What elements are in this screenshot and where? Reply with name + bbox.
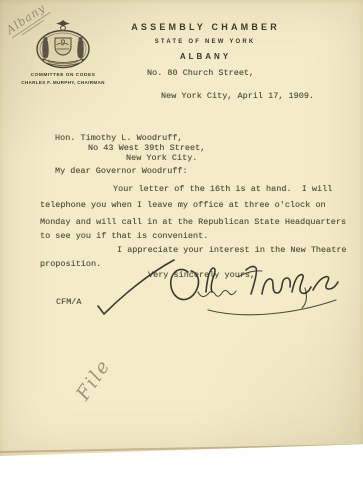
scanned-letter-page: Albany COMMITTE: [0, 0, 363, 500]
letterhead-subtitle: STATE OF NEW YORK: [118, 39, 290, 45]
recipient-city: New York City.: [126, 153, 197, 163]
recipient-street: No 43 West 39th Street,: [88, 143, 205, 153]
paper-bottom-edge: [0, 444, 363, 453]
dateline: New York City, April 17, 1909.: [161, 91, 314, 101]
pencil-file-note: File: [72, 355, 115, 404]
letterhead-city: ALBANY: [118, 52, 290, 61]
body-line: to see you if that is convenient.: [40, 231, 208, 241]
new-york-state-seal-icon: [34, 19, 92, 71]
salutation: My dear Governor Woodruff:: [55, 166, 188, 176]
typist-initials: CFM/A: [56, 297, 82, 307]
recipient-name: Hon. Timothy L. Woodruff,: [55, 133, 183, 143]
committee-caption: COMMITTEE ON CODES CHARLES F. MURPHY, CH…: [10, 72, 116, 87]
committee-name: COMMITTEE ON CODES: [10, 72, 116, 79]
body-line: telephone you when I leave my office at …: [40, 200, 326, 210]
letter-paper: Albany COMMITTE: [0, 0, 363, 456]
signature-charles-f-murphy: [92, 250, 340, 320]
letterhead-title: ASSEMBLY CHAMBER: [118, 22, 290, 32]
committee-chairman: CHARLES F. MURPHY, CHAIRMAN: [10, 79, 116, 86]
letterhead: ASSEMBLY CHAMBER STATE OF NEW YORK ALBAN…: [118, 22, 290, 61]
body-line: Monday and will call in at the Republica…: [40, 217, 346, 227]
body-line: Your letter of the 16th is at hand. I wi…: [113, 184, 332, 194]
sender-address: No. 80 Church Street,: [147, 68, 254, 78]
